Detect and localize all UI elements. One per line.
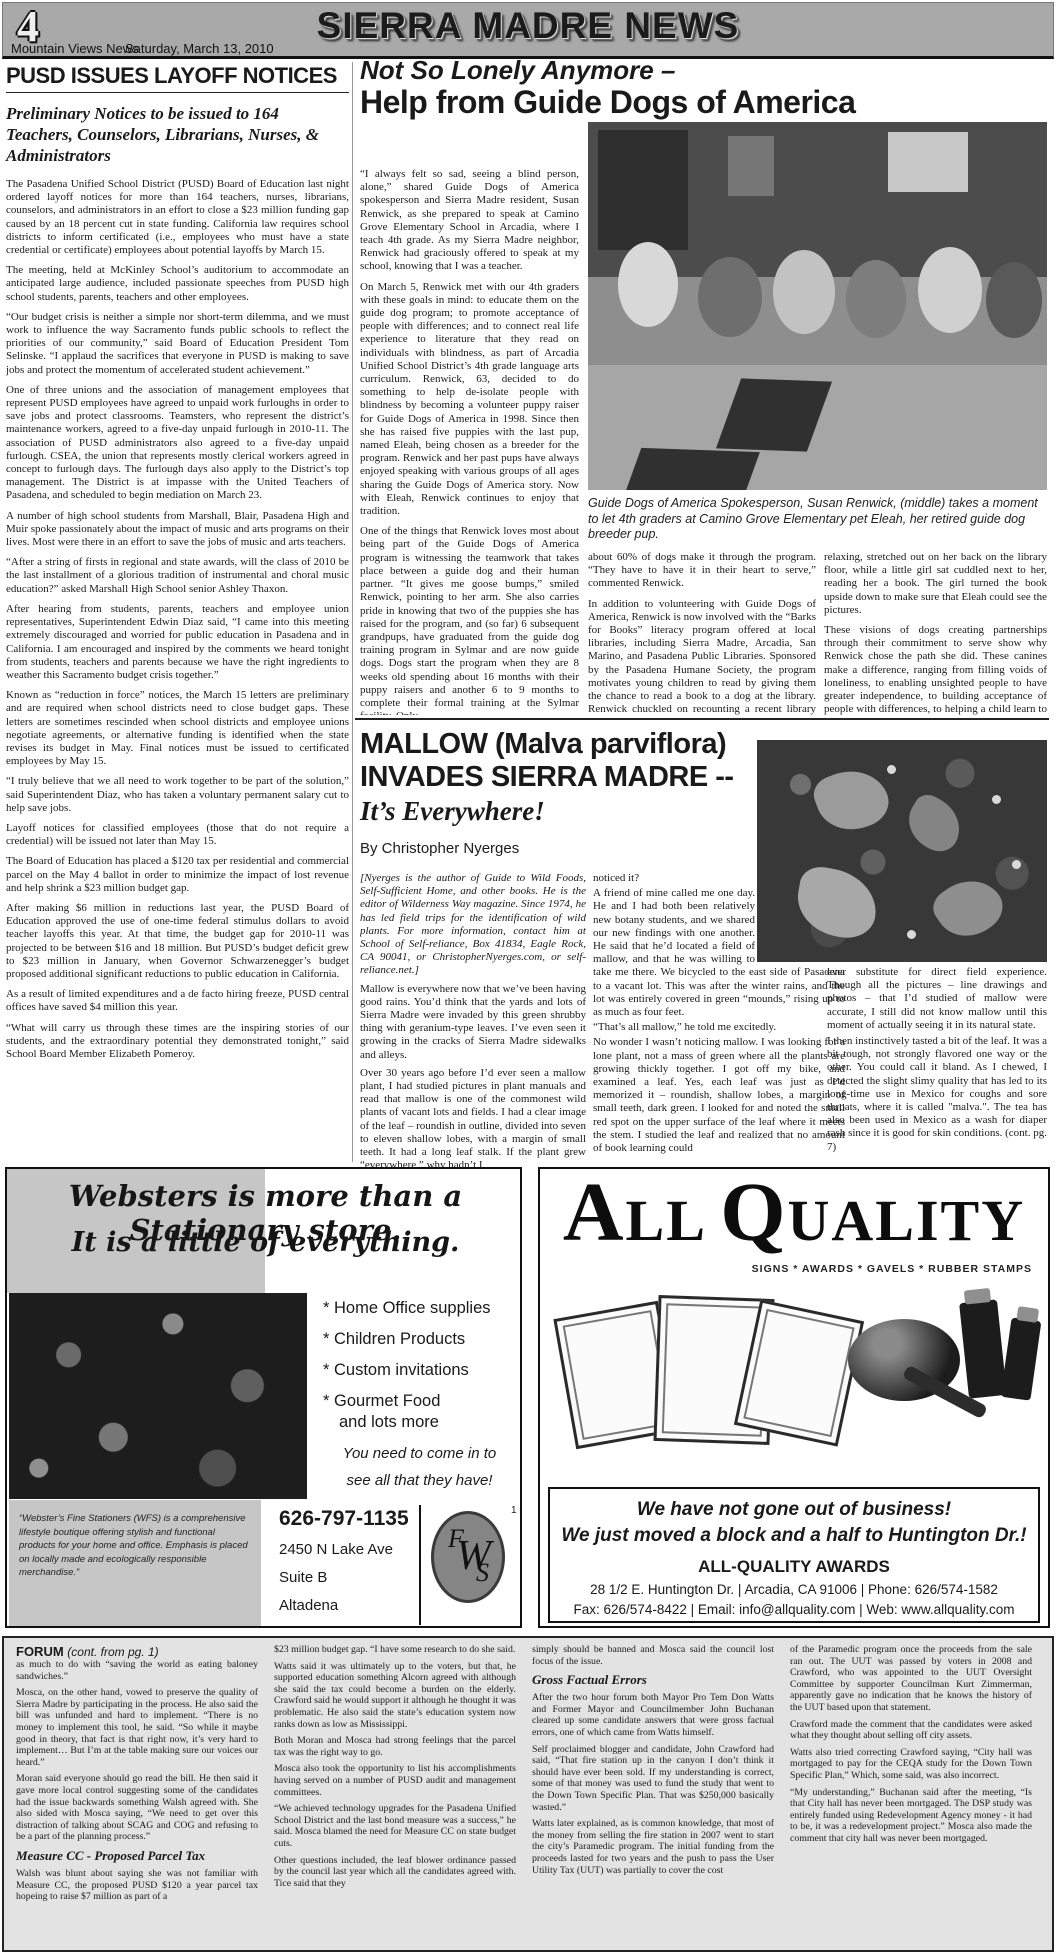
- flower-shape: [992, 795, 1001, 804]
- forum-col3-a: simply should be banned and Mosca said t…: [532, 1644, 774, 1667]
- classroom-photo: [588, 122, 1047, 490]
- forum-subhead-gross-errors: Gross Factual Errors: [532, 1672, 774, 1688]
- guide-dogs-col1: “I always felt so sad, seeing a blind pe…: [360, 168, 579, 715]
- mallow-headline-line3: It’s Everywhere!: [360, 796, 545, 827]
- mallow-paragraph: ever substitute for direct field experie…: [827, 966, 1047, 1032]
- forum-col3: simply should be banned and Mosca said t…: [532, 1644, 774, 1948]
- pusd-paragraph: “I truly believe that we all need to wor…: [6, 775, 349, 815]
- notice-line2: We just moved a block and a half to Hunt…: [550, 1523, 1038, 1549]
- websters-tagline: You need to come in to see all that they…: [317, 1440, 522, 1494]
- forum-paragraph: Watts said it was ultimately up to the v…: [274, 1661, 516, 1731]
- forum-col1: FORUM (cont. from pg. 1) as much to do w…: [16, 1644, 258, 1948]
- person-shape: [986, 262, 1042, 338]
- forum-col1-b: Walsh was blunt about saying she was not…: [16, 1868, 258, 1903]
- pusd-paragraph: The Board of Education has placed a $120…: [6, 855, 349, 895]
- mallow-col1: [Nyerges is the author of Guide to Wild …: [360, 872, 586, 1190]
- pusd-paragraph: The Pasadena Unified School District (PU…: [6, 178, 349, 257]
- forum-paragraph: Other questions included, the leaf blowe…: [274, 1855, 516, 1890]
- mallow-headline-line2: INVADES SIERRA MADRE --: [360, 761, 734, 794]
- mallow-paragraph: Over 30 years ago before I’d ever seen a…: [360, 1067, 586, 1173]
- allquality-info-box: We have not gone out of business! We jus…: [548, 1487, 1040, 1623]
- column-divider: [352, 62, 353, 1162]
- forum-paragraph: “My understanding,” Buchanan said after …: [790, 1787, 1032, 1845]
- title-letters-uality: UALITY: [788, 1188, 1026, 1253]
- forum-paragraph: Moran said everyone should go read the b…: [16, 1773, 258, 1843]
- forum-paragraph: $23 million budget gap. “I have some res…: [274, 1644, 516, 1656]
- corner-mark: 1: [511, 1505, 517, 1516]
- websters-bullet-list: * Home Office supplies* Children Product…: [323, 1299, 523, 1444]
- forum-section: FORUM (cont. from pg. 1) as much to do w…: [2, 1636, 1054, 1952]
- pusd-paragraph: After making $6 million in reductions la…: [6, 902, 349, 981]
- person-shape: [846, 260, 906, 338]
- websters-script-line2: It is a little of everything.: [13, 1227, 518, 1258]
- tagline-line2: see all that they have!: [317, 1467, 522, 1494]
- guide-dogs-col3: relaxing, stretched out on her back on t…: [824, 551, 1047, 717]
- websters-address-line2: Suite B: [279, 1569, 327, 1586]
- flower-shape: [1012, 860, 1021, 869]
- forum-paragraph: Watts also tried correcting Crawford say…: [790, 1747, 1032, 1782]
- section-divider: [355, 718, 1049, 720]
- pusd-paragraph: Layoff notices for classified employees …: [6, 822, 349, 848]
- guide-dogs-paragraph: about 60% of dogs make it through the pr…: [588, 551, 816, 591]
- mallow-headline-line1: MALLOW (Malva parviflora): [360, 728, 734, 761]
- publication-name: Mountain Views News: [11, 41, 139, 56]
- leaf-shape: [899, 789, 971, 858]
- pusd-paragraph: After hearing from students, parents, te…: [6, 603, 349, 682]
- forum-paragraph: After the two hour forum both Mayor Pro …: [532, 1692, 774, 1738]
- guide-dogs-paragraph: These visions of dogs creating partnersh…: [824, 624, 1047, 717]
- guide-dogs-kicker: Not So Lonely Anymore –: [360, 55, 675, 86]
- pusd-body: The Pasadena Unified School District (PU…: [6, 178, 349, 1068]
- websters-bullet: * Children Products: [323, 1330, 523, 1349]
- guide-dogs-paragraph: “I always felt so sad, seeing a blind pe…: [360, 168, 579, 274]
- allquality-contact: Fax: 626/574-8422 | Email: info@allquali…: [550, 1602, 1038, 1617]
- forum-col2: $23 million budget gap. “I have some res…: [274, 1644, 516, 1948]
- store-photo: [9, 1293, 307, 1499]
- masthead-bar: 4 SIERRA MADRE NEWS Mountain Views News …: [2, 2, 1054, 59]
- pusd-paragraph: The meeting, held at McKinley School’s a…: [6, 264, 349, 304]
- tagline-line1: You need to come in to: [317, 1440, 522, 1467]
- rubber-stamp-image: [959, 1299, 1007, 1398]
- websters-bullet: * Gourmet Food: [323, 1392, 523, 1411]
- stamp-cap: [963, 1288, 991, 1305]
- title-letter-a: A: [563, 1166, 626, 1259]
- guide-dogs-paragraph: In addition to volunteering with Guide D…: [588, 598, 816, 717]
- forum-paragraph: Walsh was blunt about saying she was not…: [16, 1868, 258, 1903]
- websters-bullet: * Home Office supplies: [323, 1299, 523, 1318]
- photo-wrap-spacer: [755, 872, 845, 964]
- pusd-paragraph: As a result of limited expenditures and …: [6, 988, 349, 1014]
- leaf-shape: [809, 760, 895, 840]
- forum-paragraph: simply should be banned and Mosca said t…: [532, 1644, 774, 1667]
- person-shape: [698, 257, 762, 337]
- guide-dogs-photo-caption: Guide Dogs of America Spokesperson, Susa…: [588, 496, 1047, 543]
- person-shape: [618, 242, 678, 327]
- guide-dogs-headline: Help from Guide Dogs of America: [360, 84, 855, 121]
- flower-shape: [907, 930, 916, 939]
- publication-date: Saturday, March 13, 2010: [125, 41, 274, 56]
- wfs-logo: F W S: [431, 1511, 505, 1603]
- websters-address-line3: Altadena: [279, 1597, 338, 1614]
- stamp-cap: [1016, 1306, 1039, 1323]
- notice-line1: We have not gone out of business!: [550, 1497, 1038, 1523]
- forum-title: FORUM: [16, 1644, 64, 1659]
- forum-col3-b: After the two hour forum both Mayor Pro …: [532, 1692, 774, 1876]
- leaf-shape: [927, 867, 1012, 950]
- websters-quote: “Webster’s Fine Stationers (WFS) is a co…: [9, 1500, 261, 1626]
- guide-dogs-col2: about 60% of dogs make it through the pr…: [588, 551, 816, 717]
- mallow-paragraph: Mallow is everywhere now that we’ve been…: [360, 983, 586, 1062]
- forum-col1-a: as much to do with “saving the world as …: [16, 1659, 258, 1843]
- mallow-byline: By Christopher Nyerges: [360, 840, 519, 857]
- mallow-paragraph: No wonder I wasn’t noticing mallow. I wa…: [593, 1036, 845, 1155]
- person-shape: [773, 250, 835, 334]
- forum-paragraph: Both Moran and Mosca had strong feelings…: [274, 1735, 516, 1758]
- mallow-col2: noticed it? A friend of mine called me o…: [593, 872, 845, 1190]
- allquality-subtitle: SIGNS * AWARDS * GAVELS * RUBBER STAMPS: [752, 1263, 1032, 1275]
- pusd-paragraph: A number of high school students from Ma…: [6, 510, 349, 550]
- forum-paragraph: Watts later explained, as is common know…: [532, 1818, 774, 1876]
- allquality-address: 28 1/2 E. Huntington Dr. | Arcadia, CA 9…: [550, 1582, 1038, 1597]
- forum-header: FORUM (cont. from pg. 1): [16, 1644, 258, 1659]
- title-letter-q: Q: [720, 1166, 787, 1259]
- forum-continued-note: (cont. from pg. 1): [67, 1645, 158, 1659]
- forum-paragraph: Mosca, on the other hand, vowed to prese…: [16, 1687, 258, 1768]
- pusd-paragraph: “After a string of firsts in regional an…: [6, 556, 349, 596]
- title-letters-ll: LL: [626, 1188, 721, 1253]
- poster-shape: [728, 136, 774, 196]
- guide-dogs-paragraph: On March 5, Renwick met with our 4th gra…: [360, 281, 579, 519]
- forum-paragraph: “We achieved technology upgrades for the…: [274, 1803, 516, 1849]
- mallow-intro: [Nyerges is the author of Guide to Wild …: [360, 872, 586, 978]
- websters-bullet: and lots more: [323, 1413, 523, 1432]
- forum-paragraph: Mosca also took the opportunity to list …: [274, 1763, 516, 1798]
- rubber-stamp-image: [1001, 1317, 1042, 1400]
- mallow-col3: ever substitute for direct field experie…: [827, 966, 1047, 1192]
- divider-line: [419, 1505, 421, 1625]
- forum-paragraph: Crawford made the comment that the candi…: [790, 1719, 1032, 1742]
- forum-paragraph: as much to do with “saving the world as …: [16, 1659, 258, 1682]
- guide-dogs-paragraph: One of the things that Renwick loves mos…: [360, 525, 579, 715]
- forum-subhead-measure-cc: Measure CC - Proposed Parcel Tax: [16, 1848, 258, 1864]
- websters-bullet: * Custom invitations: [323, 1361, 523, 1380]
- allquality-company: ALL-QUALITY AWARDS: [550, 1557, 1038, 1577]
- websters-phone: 626-797-1135: [279, 1507, 409, 1531]
- pusd-article: PUSD ISSUES LAYOFF NOTICES Preliminary N…: [6, 63, 349, 1068]
- mallow-paragraph: I then instinctively tasted a bit of the…: [827, 1035, 1047, 1154]
- mallow-paragraph: “That’s all mallow,” he told me excitedl…: [593, 1021, 845, 1034]
- forum-col4: of the Paramedic program once the procee…: [790, 1644, 1032, 1948]
- forum-paragraph: Self proclaimed blogger and candidate, J…: [532, 1744, 774, 1814]
- websters-ad: Websters is more than a Stationary store…: [5, 1167, 522, 1628]
- allquality-title: ALL QUALITY: [540, 1171, 1048, 1255]
- pusd-paragraph: “What will carry us through these times …: [6, 1022, 349, 1062]
- allquality-ad: ALL QUALITY SIGNS * AWARDS * GAVELS * RU…: [538, 1167, 1050, 1628]
- person-shape: [918, 247, 982, 333]
- guide-dogs-paragraph: relaxing, stretched out on her back on t…: [824, 551, 1047, 617]
- pusd-headline: PUSD ISSUES LAYOFF NOTICES: [6, 63, 349, 93]
- bookshelf-shape: [598, 130, 688, 250]
- window-shape: [888, 132, 968, 192]
- websters-address-line1: 2450 N Lake Ave: [279, 1541, 393, 1558]
- forum-paragraph: of the Paramedic program once the procee…: [790, 1644, 1032, 1714]
- flower-shape: [887, 765, 896, 774]
- newspaper-page: 4 SIERRA MADRE NEWS Mountain Views News …: [0, 0, 1056, 1954]
- mallow-headline: MALLOW (Malva parviflora) INVADES SIERRA…: [360, 728, 734, 794]
- pusd-paragraph: One of three unions and the association …: [6, 384, 349, 503]
- pusd-subhead: Preliminary Notices to be issued to 164 …: [6, 103, 349, 166]
- pusd-paragraph: “Our budget crisis is neither a simple n…: [6, 311, 349, 377]
- wfs-monogram-s: S: [476, 1558, 489, 1588]
- pusd-paragraph: Known as “reduction in force” notices, t…: [6, 689, 349, 768]
- floor-tile: [616, 448, 760, 490]
